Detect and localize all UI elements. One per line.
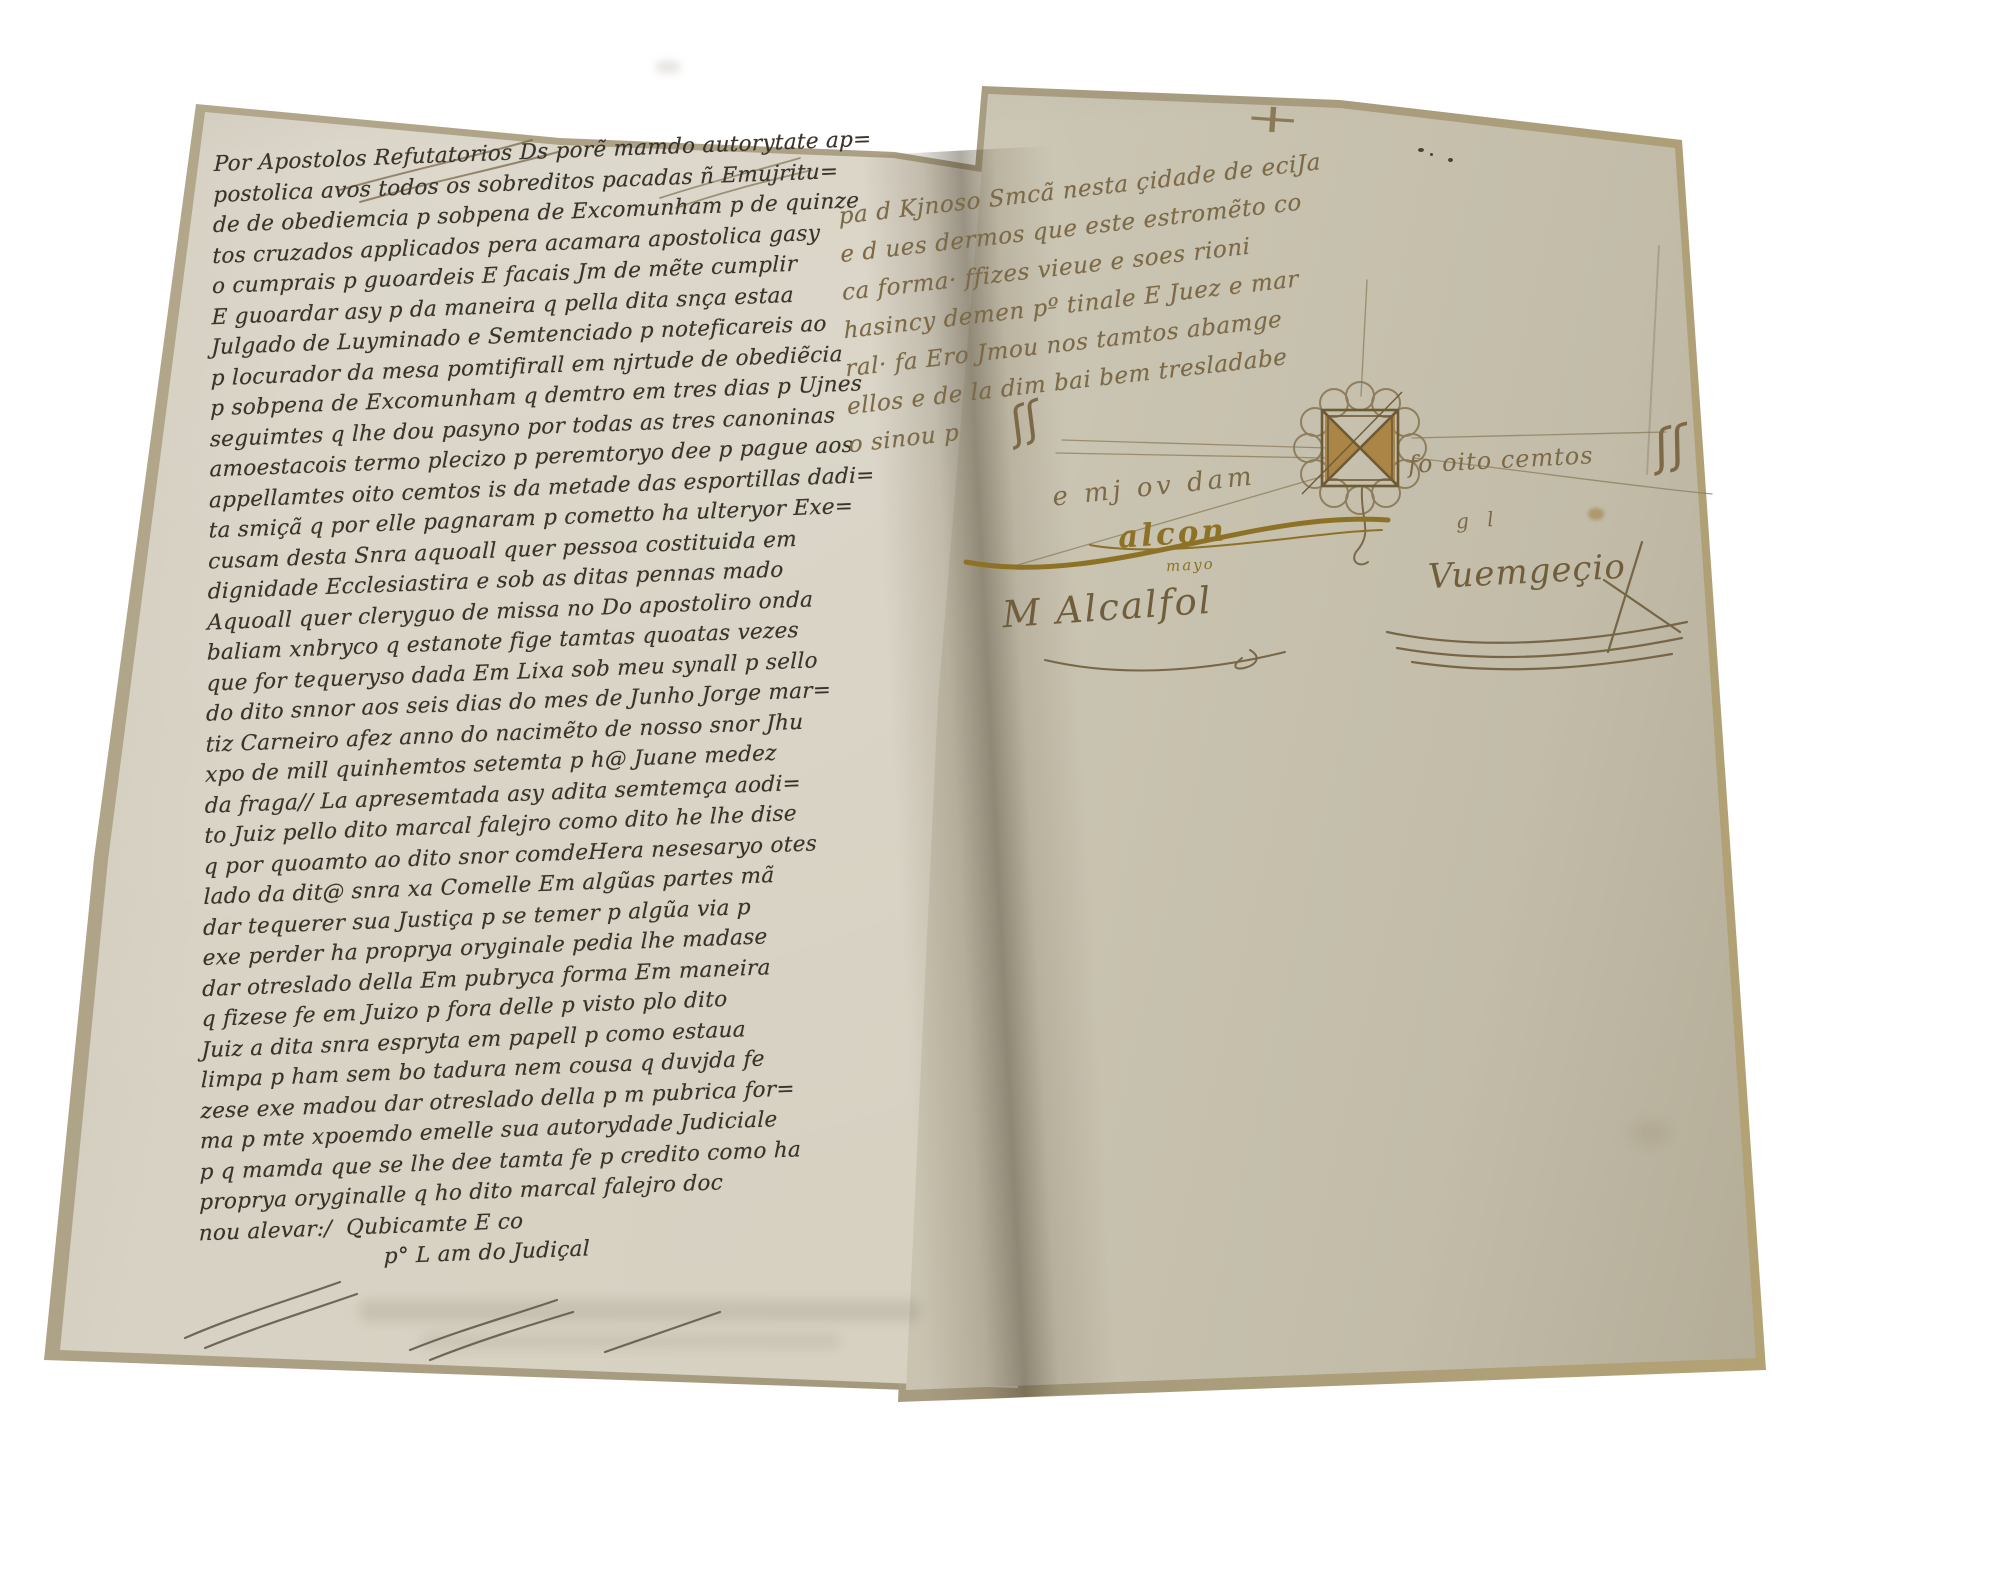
signature-gold: alcon [1117,512,1228,556]
signature-gold-sub: mayo [1166,555,1216,576]
ink-speck [1448,158,1453,162]
marginal-initials: g l [1455,507,1500,534]
ink-speck [1430,153,1433,156]
ink-speck [1418,148,1424,152]
manuscript-photo: Por Apostolos Refutatorios Ds porẽ mamdo… [0,0,2000,1571]
left-page-bottom-flourishes [175,1268,735,1363]
paper-stain [655,60,681,74]
left-page-text: Por Apostolos Refutatorios Ds porẽ mamdo… [198,125,853,1280]
paper-stain [1630,1120,1670,1146]
ink-stain [1588,508,1604,520]
cross-mark: + [1243,94,1303,144]
